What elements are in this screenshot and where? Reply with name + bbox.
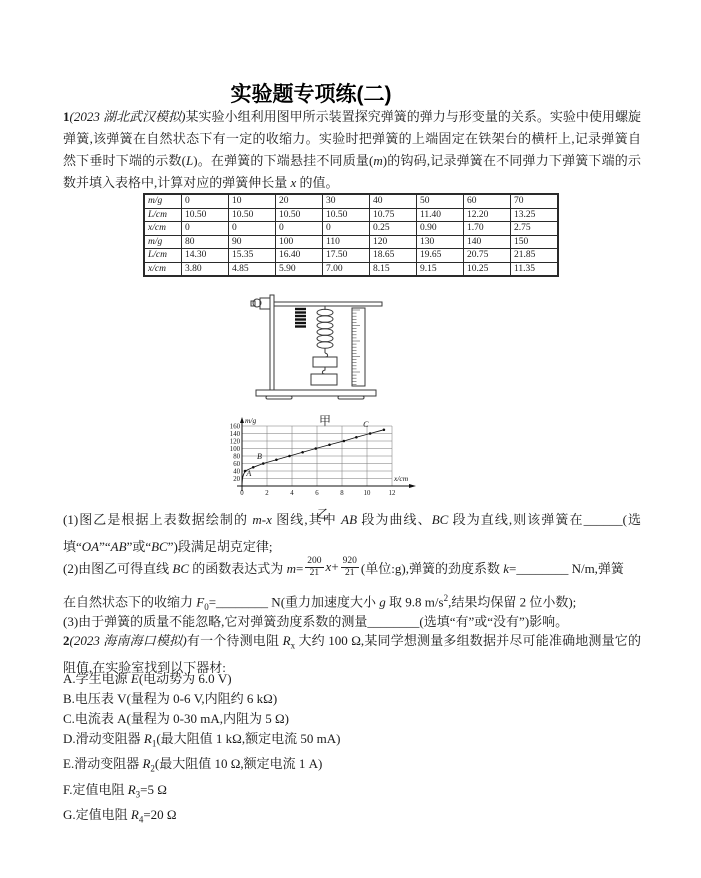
equipment-item-D: D.滑动变阻器 R1(最大阻值 1 kΩ,额定电流 50 mA) bbox=[63, 729, 641, 755]
equipment-item-C: C.电流表 A(量程为 0-30 mA,内阻为 5 Ω) bbox=[63, 709, 641, 729]
data-point bbox=[288, 455, 291, 458]
y-axis-arrow bbox=[240, 417, 244, 423]
apparatus-figure: 甲 bbox=[250, 283, 400, 429]
svg-text:10: 10 bbox=[364, 490, 371, 497]
table-cell: 0 bbox=[229, 222, 276, 236]
data-point bbox=[275, 458, 278, 461]
table-cell: 3.80 bbox=[182, 262, 229, 276]
table-cell: 4.85 bbox=[229, 262, 276, 276]
table-cell: 10.50 bbox=[182, 208, 229, 222]
svg-text:120: 120 bbox=[230, 438, 241, 445]
svg-text:140: 140 bbox=[230, 431, 241, 438]
fraction-denominator: 21 bbox=[343, 568, 357, 579]
table-cell: 17.50 bbox=[323, 249, 370, 263]
table-cell: 7.00 bbox=[323, 262, 370, 276]
table-cell: 120 bbox=[370, 235, 417, 249]
table-cell: 70 bbox=[511, 194, 559, 208]
row-label: x/cm bbox=[144, 222, 182, 236]
table-row: x/cm3.804.855.907.008.159.1510.2511.35 bbox=[144, 262, 558, 276]
table-cell: 150 bbox=[511, 235, 559, 249]
table-cell: 9.15 bbox=[417, 262, 464, 276]
svg-text:100: 100 bbox=[230, 446, 241, 453]
equipment-item-F: F.定值电阻 R3=5 Ω bbox=[63, 780, 641, 806]
hook-weights bbox=[311, 353, 337, 385]
worksheet-page: 实验题专项练(二) 1(2023 湖北武汉模拟)某实验小组利用图甲所示装置探究弹… bbox=[0, 0, 701, 878]
apparatus-svg bbox=[250, 283, 400, 405]
equipment-item-G: G.定值电阻 R4=20 Ω bbox=[63, 805, 641, 831]
table-row: m/g010203040506070 bbox=[144, 194, 558, 208]
equipment-item-E: E.滑动变阻器 R2(最大阻值 10 Ω,额定电流 1 A) bbox=[63, 754, 641, 780]
table-cell: 11.40 bbox=[417, 208, 464, 222]
sub2-suffix: (单位:g),弹簧的劲度系数 k=________ N/m,弹簧 bbox=[361, 558, 624, 577]
data-point bbox=[369, 432, 372, 435]
data-point bbox=[262, 462, 265, 465]
table-cell: 10.50 bbox=[229, 208, 276, 222]
table-cell: 2.75 bbox=[511, 222, 559, 236]
table-row: m/g8090100110120130140150 bbox=[144, 235, 558, 249]
svg-text:160: 160 bbox=[230, 423, 241, 430]
table-cell: 110 bbox=[323, 235, 370, 249]
table-cell: 0 bbox=[182, 194, 229, 208]
table-cell: 10.25 bbox=[464, 262, 511, 276]
table-cell: 21.85 bbox=[511, 249, 559, 263]
data-point bbox=[301, 451, 304, 454]
equipment-item-B: B.电压表 V(量程为 0-6 V,内阻约 6 kΩ) bbox=[63, 689, 641, 709]
table-cell: 5.90 bbox=[276, 262, 323, 276]
svg-text:40: 40 bbox=[233, 468, 240, 475]
table-cell: 0 bbox=[182, 222, 229, 236]
reference-spring bbox=[295, 309, 306, 327]
data-point bbox=[355, 436, 358, 439]
table-cell: 8.15 bbox=[370, 262, 417, 276]
table-cell: 1.70 bbox=[464, 222, 511, 236]
table-cell: 0.25 bbox=[370, 222, 417, 236]
svg-text:0: 0 bbox=[240, 490, 244, 497]
svg-text:m/g: m/g bbox=[245, 416, 257, 425]
table-cell: 19.65 bbox=[417, 249, 464, 263]
svg-text:20: 20 bbox=[233, 476, 240, 483]
svg-text:12: 12 bbox=[389, 490, 396, 497]
svg-text:2: 2 bbox=[265, 490, 269, 497]
data-point bbox=[252, 466, 255, 469]
ruler bbox=[352, 308, 365, 386]
table-cell: 0 bbox=[323, 222, 370, 236]
question1-source-tag: (2023 湖北武汉模拟) bbox=[70, 109, 186, 124]
table-cell: 10.50 bbox=[276, 208, 323, 222]
question2-source-tag: (2023 海南海口模拟) bbox=[70, 633, 187, 648]
data-point bbox=[328, 443, 331, 446]
table-cell: 0 bbox=[276, 222, 323, 236]
row-label: L/cm bbox=[144, 249, 182, 263]
fraction-920-21: 92021 bbox=[341, 556, 359, 579]
table-cell: 60 bbox=[464, 194, 511, 208]
svg-text:B: B bbox=[257, 452, 262, 461]
table-cell: 10.75 bbox=[370, 208, 417, 222]
fraction-numerator: 920 bbox=[341, 556, 359, 568]
m-x-curve bbox=[242, 430, 384, 486]
table-cell: 12.20 bbox=[464, 208, 511, 222]
fraction-200-21: 20021 bbox=[305, 556, 323, 579]
svg-text:6: 6 bbox=[315, 490, 319, 497]
clamp-knob bbox=[251, 298, 270, 309]
measurement-table: m/g010203040506070L/cm10.5010.5010.5010.… bbox=[143, 193, 559, 277]
data-point bbox=[343, 440, 346, 443]
svg-text:4: 4 bbox=[290, 490, 294, 497]
spring-coil bbox=[317, 306, 333, 353]
fraction-denominator: 21 bbox=[308, 568, 322, 579]
data-point bbox=[314, 447, 317, 450]
table-cell: 50 bbox=[417, 194, 464, 208]
ruler-ticks bbox=[353, 310, 361, 384]
table-cell: 130 bbox=[417, 235, 464, 249]
svg-text:8: 8 bbox=[340, 490, 344, 497]
svg-text:80: 80 bbox=[233, 453, 240, 460]
row-label: L/cm bbox=[144, 208, 182, 222]
table-cell: 90 bbox=[229, 235, 276, 249]
table-cell: 100 bbox=[276, 235, 323, 249]
table-cell: 10 bbox=[229, 194, 276, 208]
row-label: x/cm bbox=[144, 262, 182, 276]
table-cell: 18.65 bbox=[370, 249, 417, 263]
table-cell: 20 bbox=[276, 194, 323, 208]
table-row: L/cm10.5010.5010.5010.5010.7511.4012.201… bbox=[144, 208, 558, 222]
table-cell: 14.30 bbox=[182, 249, 229, 263]
table-cell: 10.50 bbox=[323, 208, 370, 222]
table-cell: 0.90 bbox=[417, 222, 464, 236]
svg-text:A: A bbox=[245, 469, 251, 478]
table-cell: 13.25 bbox=[511, 208, 559, 222]
equipment-list: A.学生电源 E(电动势为 6.0 V)B.电压表 V(量程为 0-6 V,内阻… bbox=[63, 669, 641, 831]
data-table-body: m/g010203040506070L/cm10.5010.5010.5010.… bbox=[144, 194, 558, 276]
table-cell: 11.35 bbox=[511, 262, 559, 276]
page-title: 实验题专项练(二) bbox=[0, 78, 622, 108]
svg-text:60: 60 bbox=[233, 461, 240, 468]
row-label: m/g bbox=[144, 235, 182, 249]
data-point bbox=[383, 428, 386, 431]
m-x-graph: 20406080100120140160024681012m/gx/cmABC bbox=[218, 414, 428, 502]
svg-text:C: C bbox=[363, 420, 369, 429]
table-cell: 16.40 bbox=[276, 249, 323, 263]
sub2-mid: x+ bbox=[326, 559, 339, 575]
table-cell: 30 bbox=[323, 194, 370, 208]
x-axis-arrow bbox=[409, 484, 416, 488]
sub2-prefix: (2)由图乙可得直线 BC 的函数表达式为 m= bbox=[63, 558, 303, 577]
table-cell: 40 bbox=[370, 194, 417, 208]
table-cell: 20.75 bbox=[464, 249, 511, 263]
svg-text:x/cm: x/cm bbox=[393, 474, 409, 483]
row-label: m/g bbox=[144, 194, 182, 208]
table-cell: 15.35 bbox=[229, 249, 276, 263]
fraction-numerator: 200 bbox=[305, 556, 323, 568]
table-row: L/cm14.3015.3516.4017.5018.6519.6520.752… bbox=[144, 249, 558, 263]
question1-intro: 1(2023 湖北武汉模拟)某实验小组利用图甲所示装置探究弹簧的弹力与形变量的关… bbox=[63, 106, 641, 194]
table-row: x/cm00000.250.901.702.75 bbox=[144, 222, 558, 236]
crossbar bbox=[274, 302, 382, 306]
equipment-item-A: A.学生电源 E(电动势为 6.0 V) bbox=[63, 669, 641, 689]
table-cell: 80 bbox=[182, 235, 229, 249]
sub-question-2-line1: (2)由图乙可得直线 BC 的函数表达式为 m= 20021 x+ 92021 … bbox=[63, 551, 673, 583]
table-cell: 140 bbox=[464, 235, 511, 249]
